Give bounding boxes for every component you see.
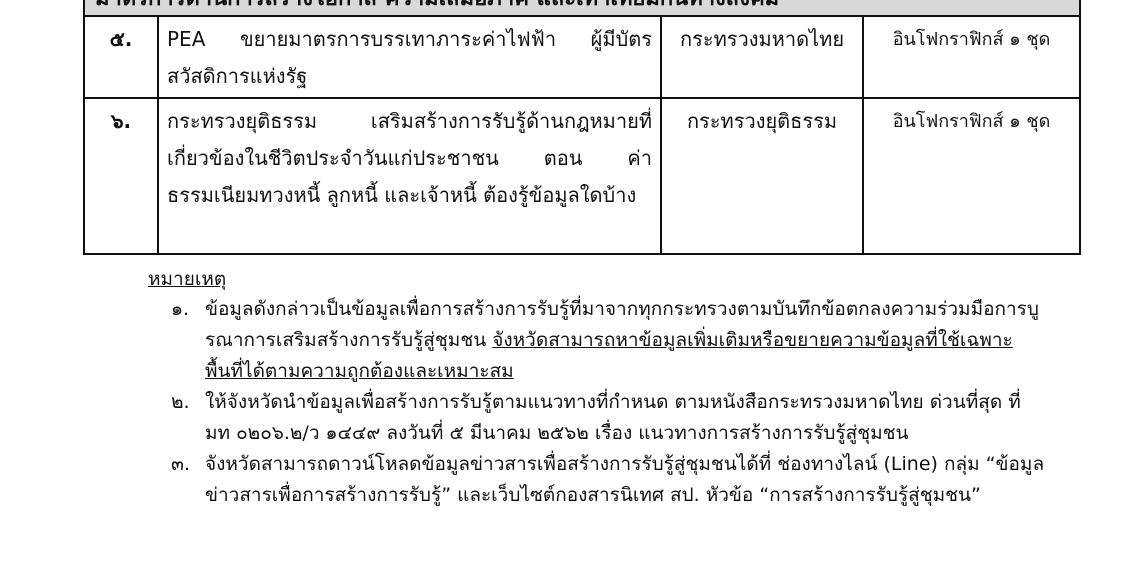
row-organization: กระทรวงมหาดไทย [662,17,864,97]
row-number: ๕. [85,17,159,97]
note-item: ๓. จังหวัดสามารถดาวน์โหลดข้อมูลข่าวสารเพ… [171,449,1048,511]
note-item: ๒. ให้จังหวัดนำข้อมูลเพื่อสร้างการรับรู้… [171,387,1048,449]
row-description: กระทรวงยุติธรรม เสริมสร้างการรับรู้ด้านก… [159,99,662,253]
note-text: ให้จังหวัดนำข้อมูลเพื่อสร้างการรับรู้ตาม… [205,387,1047,449]
notes-section: หมายเหตุ ๑. ข้อมูลดังกล่าวเป็นข้อมูลเพื่… [148,264,1048,511]
note-text: ข้อมูลดังกล่าวเป็นข้อมูลเพื่อการสร้างการ… [205,294,1047,387]
row-media: อินโฟกราฟิกส์ ๑ ชุด [864,17,1079,97]
row-description: PEA ขยายมาตรการบรรเทาภาระค่าไฟฟ้า ผู้มีบ… [159,17,662,97]
note-text: จังหวัดสามารถดาวน์โหลดข้อมูลข่าวสารเพื่อ… [205,449,1047,511]
note-number: ๒. [171,387,205,449]
note-number: ๓. [171,449,205,511]
table-row: ๖. กระทรวงยุติธรรม เสริมสร้างการรับรู้ด้… [85,99,1079,253]
notes-title: หมายเหตุ [148,264,1048,294]
row-number: ๖. [85,99,159,253]
note-item: ๑. ข้อมูลดังกล่าวเป็นข้อมูลเพื่อการสร้าง… [171,294,1048,387]
measures-table: มาตรการด้านการสร้างโอกาส ความเสมอภาค และ… [83,0,1081,255]
row-organization: กระทรวงยุติธรรม [662,99,864,253]
row-media: อินโฟกราฟิกส์ ๑ ชุด [864,99,1079,253]
table-row: ๕. PEA ขยายมาตรการบรรเทาภาระค่าไฟฟ้า ผู้… [85,17,1079,99]
note-number: ๑. [171,294,205,387]
section-header: มาตรการด้านการสร้างโอกาส ความเสมอภาค และ… [85,0,1079,17]
